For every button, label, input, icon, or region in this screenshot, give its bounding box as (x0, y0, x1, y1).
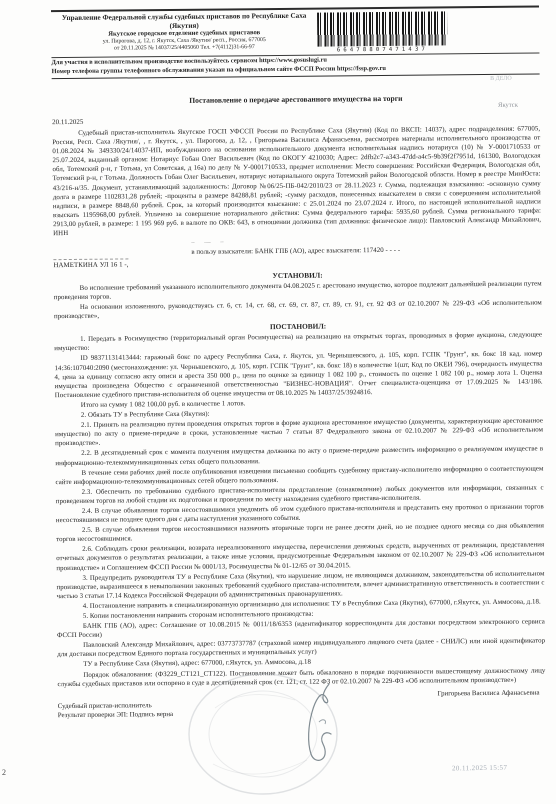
letterhead-org-block: Управление Федеральной службы судебных п… (51, 12, 317, 54)
postanovil-item-2-1: 2.1. Принять на реализацию путем проведе… (55, 417, 543, 449)
preamble-paragraph: Судебный пристав-исполнитель Якутское ГО… (52, 124, 541, 238)
appeal-procedure: Порядок обжалования: (ФЗ229_СТ121_СТ122)… (57, 666, 545, 689)
barcode-block: 66478807471437 (317, 10, 447, 53)
letterhead: Управление Федеральной службы судебных п… (51, 5, 539, 56)
ustanovil-paragraph: На основании изложенного, руководствуясь… (54, 299, 542, 322)
doc-ref-number: от 20.11.2025 № 14037/25/4405060 Тел. +7… (55, 44, 313, 53)
signature-block: Григорьева Василиса Афанасьевна Судебный… (58, 688, 546, 720)
document-content: Управление Федеральной службы судебных п… (0, 0, 556, 804)
lot-description: ID 98371131413444: гаражный бокс по адре… (54, 350, 542, 400)
barcode-icon (317, 11, 447, 46)
document-body: Судебный пристав-исполнитель Якутское ГО… (52, 124, 545, 688)
scanned-document-page: Управление Федеральной службы судебных п… (0, 0, 556, 804)
scan-timestamp: 20.11.2025 15:57 (452, 764, 507, 773)
postanovil-item-3: 3. Предупредить руководителя ТУ в Респуб… (56, 569, 544, 601)
postanovil-item-2-6: 2.6. Соблюдать сроки реализации, возврат… (56, 541, 544, 573)
page-number: 2 (2, 768, 6, 777)
barcode-digits: 66478807471437 (317, 46, 447, 53)
